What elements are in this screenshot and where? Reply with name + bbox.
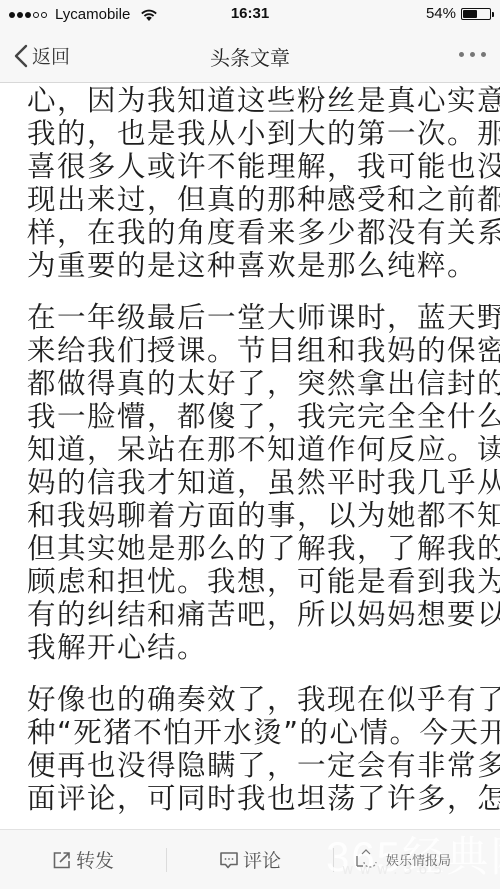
page-title: 头条文章: [0, 42, 500, 71]
status-bar: Lycamobile 16:31 54%: [0, 0, 500, 30]
text-line: 好像也的确奏效了，我现在似乎有了一: [27, 683, 477, 716]
comment-label: 评论: [243, 846, 281, 873]
text-line: 种“死猪不怕开水烫”的心情。今天开始我: [27, 716, 477, 749]
share-label: 转发: [76, 846, 114, 873]
text-line: 便再也没得隐瞒了，一定会有非常多的负: [27, 749, 477, 782]
text-line: 现出来过，但真的那种感受和之前都不一: [27, 183, 477, 216]
article-paragraph: 在一年级最后一堂大师课时，蓝天野老师 来给我们授课。节目组和我妈的保密工作 都做…: [27, 301, 477, 664]
share-button[interactable]: 转发: [0, 830, 166, 889]
share-icon: [52, 850, 72, 870]
more-button[interactable]: [459, 52, 486, 57]
text-line: 心，因为我知道这些粉丝是真心实意喜欢: [27, 84, 477, 117]
comment-button[interactable]: 评论: [167, 830, 333, 889]
back-label: 返回: [32, 42, 70, 69]
text-line: 有的纠结和痛苦吧，所以妈妈想要以此帮: [27, 598, 477, 631]
text-line: 都做得真的太好了，突然拿出信封的时候: [27, 367, 477, 400]
text-line: 为重要的是这种喜欢是那么纯粹。: [27, 249, 477, 282]
article-paragraph: 心，因为我知道这些粉丝是真心实意喜欢 我的，也是我从小到大的第一次。那种欢 喜很…: [27, 84, 477, 282]
text-line: 喜很多人或许不能理解，我可能也没有表: [27, 150, 477, 183]
text-line: 和我妈聊着方面的事，以为她都不知道，: [27, 499, 477, 532]
navigation-bar: 返回 头条文章: [0, 30, 500, 83]
article-paragraph: 好像也的确奏效了，我现在似乎有了一 种“死猪不怕开水烫”的心情。今天开始我 便再…: [27, 683, 477, 815]
bottom-toolbar: 转发 评论 365经典网 www.365 娱乐情报局: [0, 829, 500, 889]
text-line: 面评论，可同时我也坦荡了许多，怎样都: [27, 782, 477, 815]
battery-percent: 54%: [426, 5, 456, 22]
battery-icon: [461, 8, 491, 20]
text-line: 我一脸懵，都傻了，我完完全全什么都不: [27, 400, 477, 433]
text-line: 我解开心结。: [27, 631, 477, 664]
text-line: 知道，呆站在那不知道作何反应。读着妈: [27, 433, 477, 466]
text-line: 在一年级最后一堂大师课时，蓝天野老师: [27, 301, 477, 334]
text-line: 但其实她是那么的了解我，了解我的一切: [27, 532, 477, 565]
toolbar-third-slot: [334, 830, 500, 889]
status-right: 54%: [426, 5, 491, 22]
article-body: 心，因为我知道这些粉丝是真心实意喜欢 我的，也是我从小到大的第一次。那种欢 喜很…: [27, 84, 477, 834]
chevron-left-icon: [14, 44, 28, 68]
text-line: 样，在我的角度看来多少都没有关系，因: [27, 216, 477, 249]
text-line: 我的，也是我从小到大的第一次。那种欢: [27, 117, 477, 150]
text-line: 妈的信我才知道，虽然平时我几乎从来不: [27, 466, 477, 499]
back-button[interactable]: 返回: [14, 42, 70, 69]
text-line: 来给我们授课。节目组和我妈的保密工作: [27, 334, 477, 367]
more-dots-icon: [459, 52, 464, 57]
comment-icon: [219, 850, 239, 870]
text-line: 顾虑和担忧。我想，可能是看到我为此所: [27, 565, 477, 598]
